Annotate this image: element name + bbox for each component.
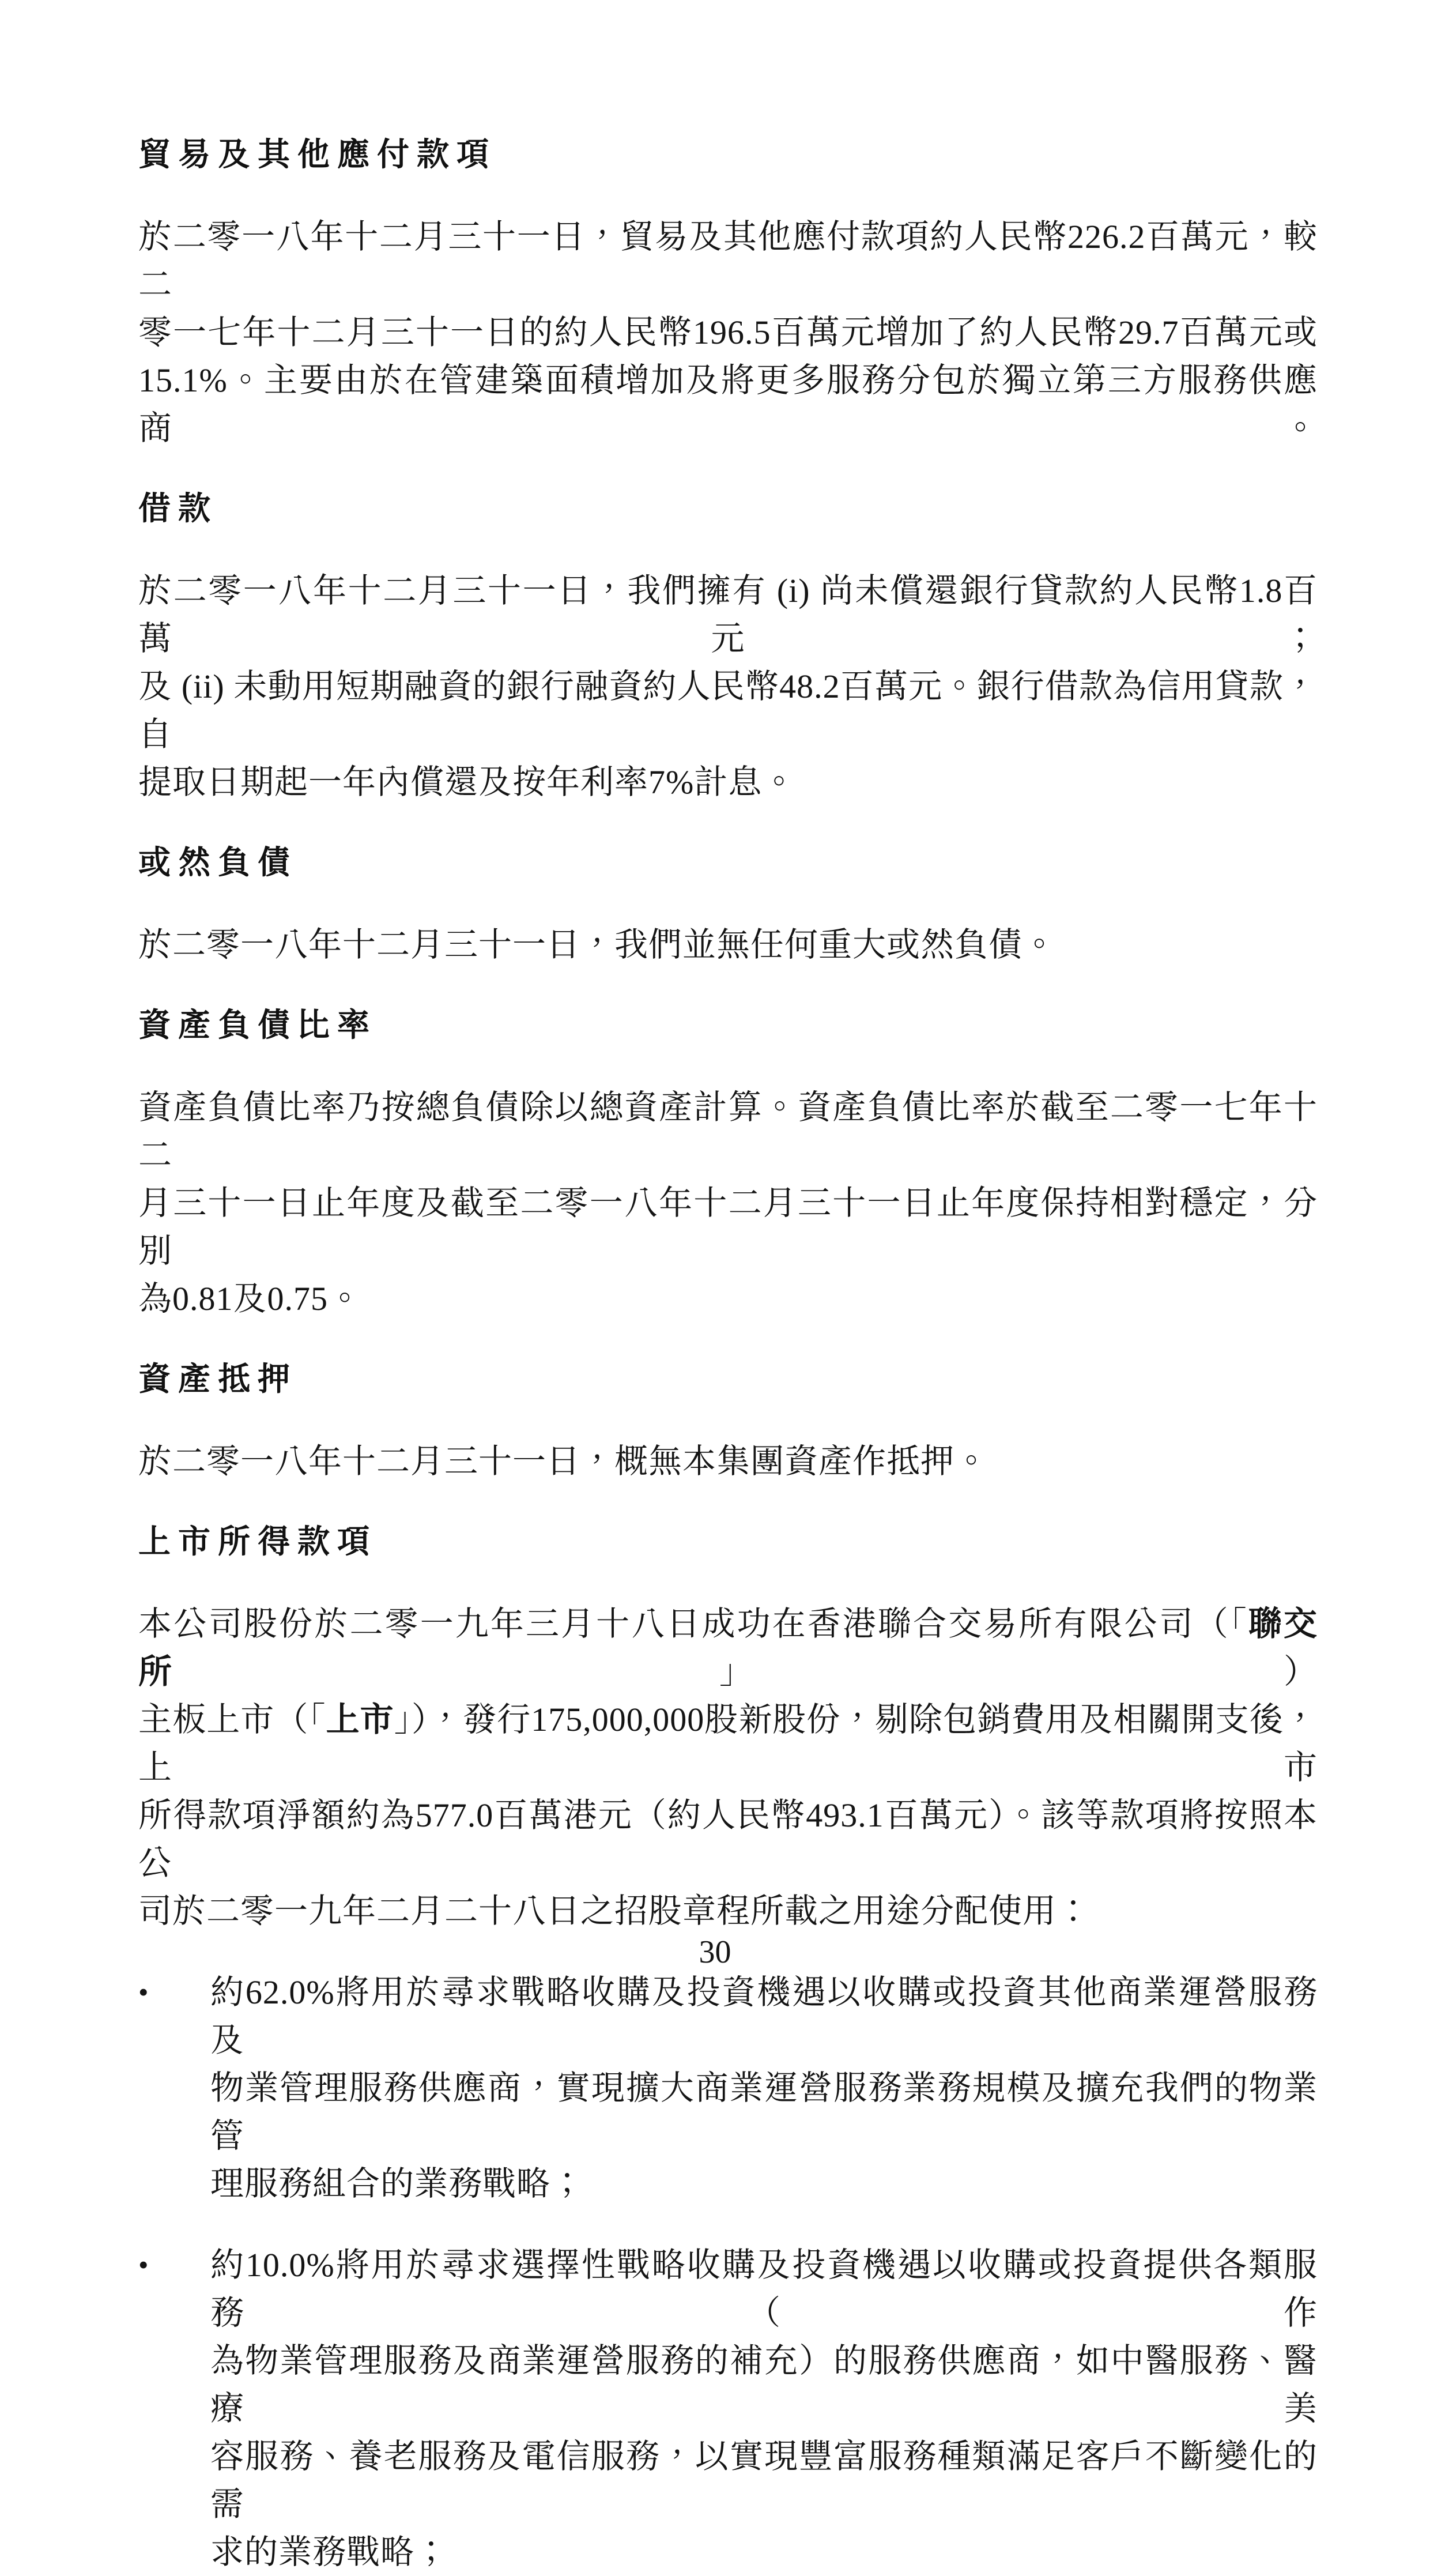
text-line: 約10.0%將用於尋求選擇性戰略收購及投資機遇以收購或投資提供各類服務（作 bbox=[210, 2241, 1318, 2337]
text-line: 物業管理服務供應商，實現擴大商業運營服務業務規模及擴充我們的物業管 bbox=[210, 2064, 1318, 2160]
list-item-use-of-proceeds-10: • 約10.0%將用於尋求選擇性戰略收購及投資機遇以收購或投資提供各類服務（作 … bbox=[138, 2241, 1318, 2576]
text-line: 司於二零一九年二月二十八日之招股章程所載之用途分配使用： bbox=[138, 1887, 1318, 1935]
heading-contingent-liabilities: 或然負債 bbox=[138, 838, 1318, 886]
text-line: 所得款項淨額約為577.0百萬港元（約人民幣493.1百萬元）。該等款項將按照本… bbox=[138, 1791, 1318, 1887]
text-line: 主板上市（「上市」），發行175,000,000股新股份，剔除包銷費用及相關開支… bbox=[138, 1696, 1318, 1791]
heading-gearing-ratio: 資產負債比率 bbox=[138, 1001, 1318, 1049]
document-page: { "doc": { "page_number": "30", "bullet_… bbox=[0, 0, 1430, 2023]
page-number: 30 bbox=[0, 1935, 1430, 1969]
text-line: 資產負債比率乃按總負債除以總資產計算。資產負債比率於截至二零一七年十二 bbox=[138, 1083, 1318, 1179]
list-item-text: 約10.0%將用於尋求選擇性戰略收購及投資機遇以收購或投資提供各類服務（作 為物… bbox=[210, 2241, 1318, 2576]
text-line: 為物業管理服務及商業運營服務的補充）的服務供應商，如中醫服務、醫療美 bbox=[210, 2337, 1318, 2432]
heading-borrowings: 借款 bbox=[138, 484, 1318, 532]
text-line: 於二零一八年十二月三十一日，貿易及其他應付款項約人民幣226.2百萬元，較二 bbox=[138, 213, 1318, 308]
list-item-use-of-proceeds-62: • 約62.0%將用於尋求戰略收購及投資機遇以收購或投資其他商業運營服務及 物業… bbox=[138, 1968, 1318, 2208]
text-line: 及 (ii) 未動用短期融資的銀行融資約人民幣48.2百萬元。銀行借款為信用貸款… bbox=[138, 662, 1318, 758]
text-line: 15.1%。主要由於在管建築面積增加及將更多服務分包於獨立第三方服務供應商。 bbox=[138, 356, 1318, 452]
text-line: 於二零一八年十二月三十一日，我們擁有 (i) 尚未償還銀行貸款約人民幣1.8百萬… bbox=[138, 567, 1318, 662]
defined-term-listing: 上市 bbox=[326, 1701, 394, 1738]
text-line: 理服務組合的業務戰略； bbox=[210, 2160, 1318, 2208]
text-line: 約62.0%將用於尋求戰略收購及投資機遇以收購或投資其他商業運營服務及 bbox=[210, 1968, 1318, 2064]
text-line: 零一七年十二月三十一日的約人民幣196.5百萬元增加了約人民幣29.7百萬元或 bbox=[138, 308, 1318, 356]
text-line: 求的業務戰略； bbox=[210, 2528, 1318, 2576]
paragraph-borrowings: 於二零一八年十二月三十一日，我們擁有 (i) 尚未償還銀行貸款約人民幣1.8百萬… bbox=[138, 567, 1318, 806]
heading-proceeds-from-listing: 上市所得款項 bbox=[138, 1517, 1318, 1565]
paragraph-contingent-liabilities: 於二零一八年十二月三十一日，我們並無任何重大或然負債。 bbox=[138, 921, 1318, 969]
text-run: 本公司股份於二零一九年三月十八日成功在香港聯合交易所有限公司（「 bbox=[138, 1605, 1248, 1643]
bullet-icon: • bbox=[138, 1968, 210, 2208]
paragraph-pledge-of-assets: 於二零一八年十二月三十一日，概無本集團資產作抵押。 bbox=[138, 1437, 1318, 1485]
text-line: 提取日期起一年內償還及按年利率7%計息。 bbox=[138, 758, 1318, 806]
text-line: 月三十一日止年度及截至二零一八年十二月三十一日止年度保持相對穩定，分別 bbox=[138, 1179, 1318, 1275]
paragraph-gearing-ratio: 資產負債比率乃按總負債除以總資產計算。資產負債比率於截至二零一七年十二 月三十一… bbox=[138, 1083, 1318, 1323]
list-item-text: 約62.0%將用於尋求戰略收購及投資機遇以收購或投資其他商業運營服務及 物業管理… bbox=[210, 1968, 1318, 2208]
text-run: 」） bbox=[719, 1653, 1318, 1690]
page-content: 貿易及其他應付款項 於二零一八年十二月三十一日，貿易及其他應付款項約人民幣226… bbox=[0, 0, 1430, 2576]
bullet-icon: • bbox=[138, 2241, 210, 2576]
paragraph-proceeds-from-listing: 本公司股份於二零一九年三月十八日成功在香港聯合交易所有限公司（「聯交所」） 主板… bbox=[138, 1600, 1318, 1935]
text-run: 主板上市（「 bbox=[138, 1701, 326, 1738]
text-line: 於二零一八年十二月三十一日，我們並無任何重大或然負債。 bbox=[138, 921, 1318, 969]
text-line: 於二零一八年十二月三十一日，概無本集團資產作抵押。 bbox=[138, 1437, 1318, 1485]
heading-pledge-of-assets: 資產抵押 bbox=[138, 1355, 1318, 1403]
heading-trade-and-other-payables: 貿易及其他應付款項 bbox=[138, 130, 1318, 178]
paragraph-trade-and-other-payables: 於二零一八年十二月三十一日，貿易及其他應付款項約人民幣226.2百萬元，較二 零… bbox=[138, 213, 1318, 452]
text-line: 容服務、養老服務及電信服務，以實現豐富服務種類滿足客戶不斷變化的需 bbox=[210, 2432, 1318, 2528]
text-line: 本公司股份於二零一九年三月十八日成功在香港聯合交易所有限公司（「聯交所」） bbox=[138, 1600, 1318, 1696]
text-line: 為0.81及0.75。 bbox=[138, 1275, 1318, 1323]
